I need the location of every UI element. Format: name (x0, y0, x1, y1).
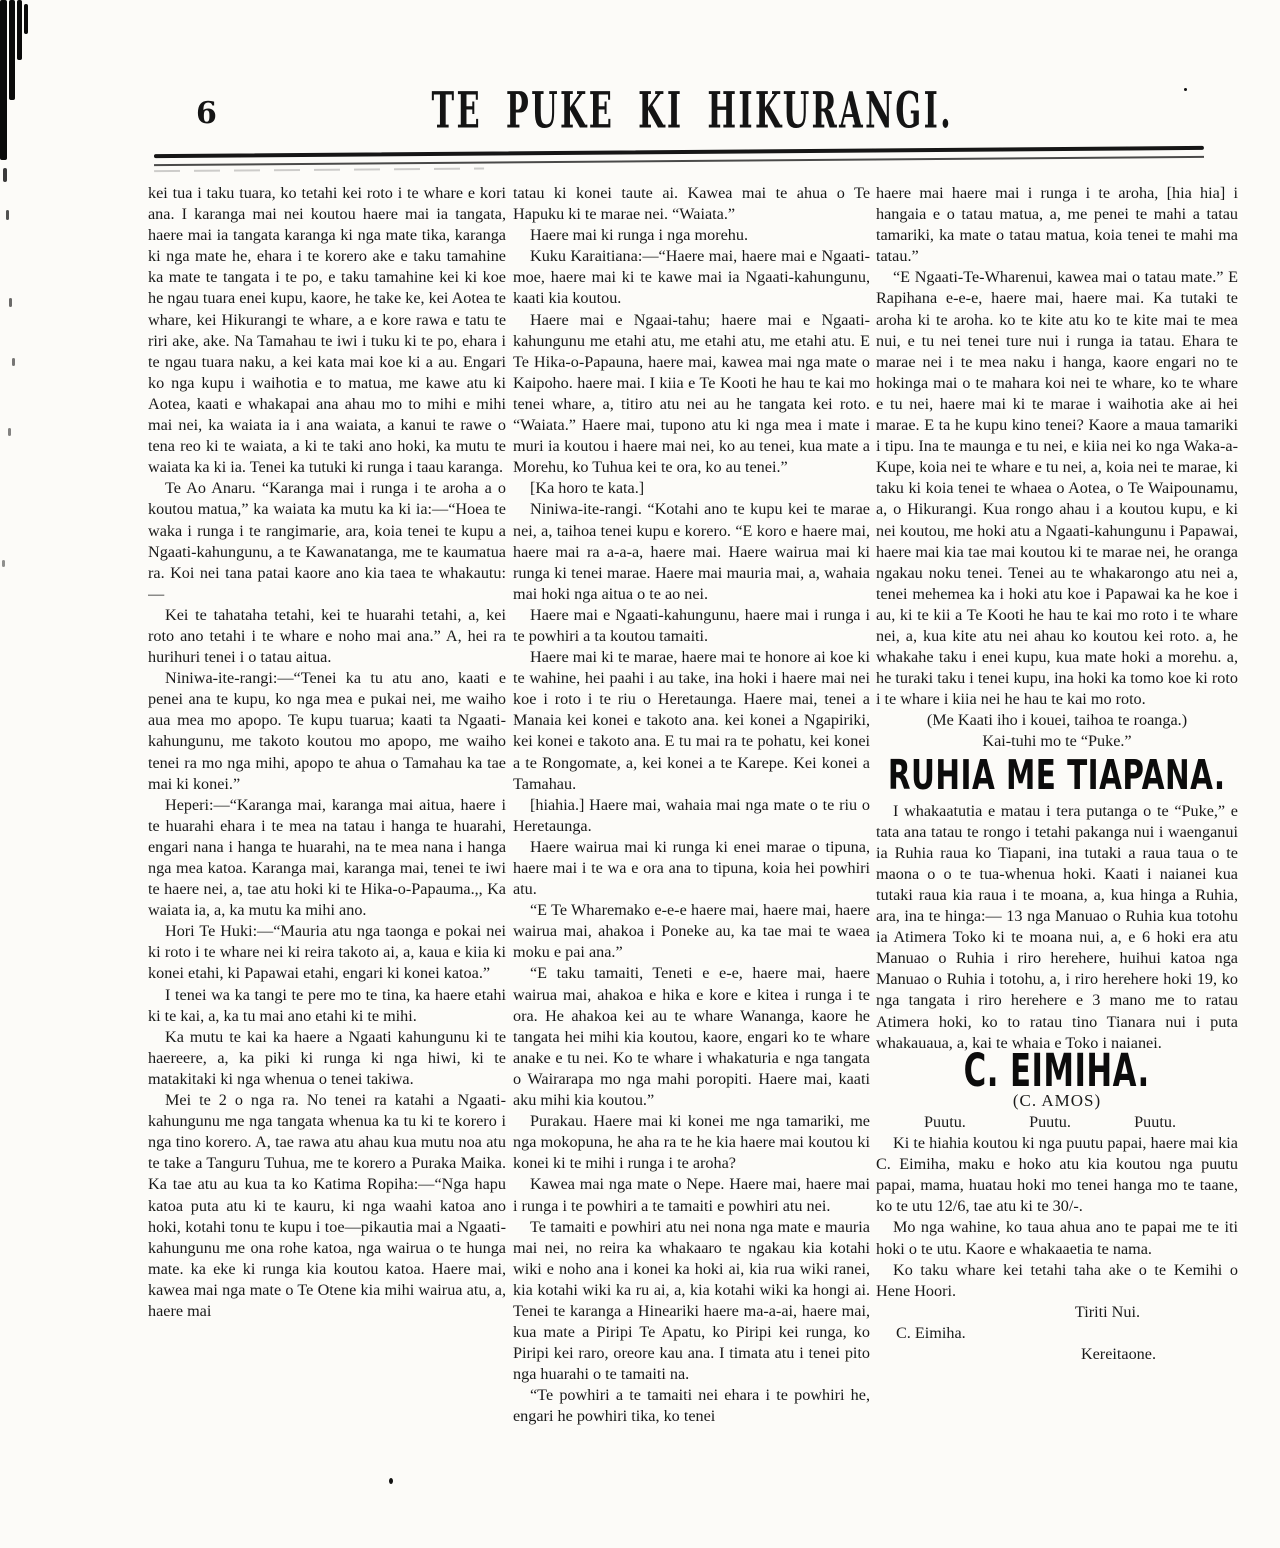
closing-note: (Me Kaati iho i kouei, taihoa te roanga.… (876, 710, 1238, 731)
paragraph: Haere mai ki te marae, haere mai te hono… (513, 647, 870, 795)
masthead: TE PUKE KI HIKURANGI. (150, 88, 1235, 134)
paragraph: I whakaatutia e matau i tera putanga o t… (876, 801, 1238, 1054)
signature-town: Kereitaone. (876, 1344, 1238, 1365)
paragraph: Haere mai e Ngaati-kahungunu, haere mai … (513, 605, 870, 647)
column-2: tatau ki konei taute ai. Kawea mai te ah… (513, 183, 870, 1445)
paragraph: haere mai haere mai i runga i te aroha, … (876, 183, 1238, 267)
paragraph: Haere wairua mai ki runga ki enei marae … (513, 837, 870, 900)
masthead-title: TE PUKE KI HIKURANGI. (432, 82, 954, 141)
paragraph: Mei te 2 o nga ra. No tenei ra katahi a … (148, 1090, 506, 1322)
paragraph: kei tua i taku tuara, ko tetahi kei roto… (148, 183, 506, 478)
paragraph: Mo nga wahine, ko taua ahua ano te papai… (876, 1217, 1238, 1259)
column-1: kei tua i taku tuara, ko tetahi kei roto… (148, 183, 506, 1445)
puutu-word: Puutu. (1029, 1112, 1071, 1133)
paragraph: “E taku tamaiti, Teneti e e-e, haere mai… (513, 963, 870, 1111)
paragraph: Hori Te Huki:—“Mauria atu nga taonga e p… (148, 921, 506, 984)
paragraph: Kei te tahataha tetahi, kei te huarahi t… (148, 605, 506, 668)
paragraph: Te tamaiti e powhiri atu nei nona nga ma… (513, 1217, 870, 1386)
signature-street: Tiriti Nui. (876, 1302, 1238, 1323)
puutu-word: Puutu. (1134, 1112, 1176, 1133)
article-heading-ruhia: RUHIA ME TIAPANA. (876, 766, 1238, 792)
paragraph: Ka mutu te kai ka haere a Ngaati kahungu… (148, 1027, 506, 1090)
column-3: haere mai haere mai i runga i te aroha, … (876, 183, 1238, 1445)
paragraph: Ki te hiahia koutou ki nga puutu papai, … (876, 1133, 1238, 1217)
paragraph: tatau ki konei taute ai. Kawea mai te ah… (513, 183, 870, 225)
paragraph: Haere mai e Ngaai-tahu; haere mai e Ngaa… (513, 310, 870, 479)
paragraph: Heperi:—“Karanga mai, karanga mai aitua,… (148, 795, 506, 922)
paragraph: Kawea mai nga mate o Nepe. Haere mai, ha… (513, 1174, 870, 1216)
paragraph: Purakau. Haere mai ki konei me nga tamar… (513, 1111, 870, 1174)
paragraph: I tenei wa ka tangi te pere mo te tina, … (148, 985, 506, 1027)
paragraph: “E Te Wharemako e-e-e haere mai, haere m… (513, 900, 870, 963)
paragraph: Kuku Karaitiana:—“Haere mai, haere mai e… (513, 246, 870, 309)
paragraph: Niniwa-ite-rangi. “Kotahi ano te kupu ke… (513, 499, 870, 604)
paragraph: “Te powhiri a te tamaiti nei ehara i te … (513, 1385, 870, 1427)
paragraph: [hiahia.] Haere mai, wahaia mai nga mate… (513, 795, 870, 837)
puutu-word: Puutu. (924, 1112, 966, 1133)
advert-heading-eimiha: C. EIMIHA. (876, 1062, 1238, 1089)
paragraph: Te Ao Anaru. “Karanga mai i runga i te a… (148, 478, 506, 605)
stage-direction: [Ka horo te kata.] (513, 478, 870, 499)
puutu-line: Puutu. Puutu. Puutu. (876, 1112, 1238, 1133)
header-rule (154, 146, 1204, 172)
signature-name: C. Eimiha. (876, 1323, 1238, 1344)
newspaper-page: 6 TE PUKE KI HIKURANGI. kei tua i taku t… (0, 0, 1280, 1548)
paragraph: “E Ngaati-Te-Wharenui, kawea mai o tatau… (876, 267, 1238, 710)
paragraph: Haere mai ki runga i nga morehu. (513, 225, 870, 246)
paragraph: Ko taku whare kei tetahi taha ake o te K… (876, 1260, 1238, 1302)
heading-text: C. EIMIHA. (964, 1059, 1150, 1086)
ink-speck (389, 1478, 393, 1484)
paragraph: Niniwa-ite-rangi:—“Tenei ka tu atu ano, … (148, 668, 506, 795)
heading-text: RUHIA ME TIAPANA. (888, 762, 1226, 790)
byline: Kai-tuhi mo te “Puke.” (876, 731, 1238, 752)
